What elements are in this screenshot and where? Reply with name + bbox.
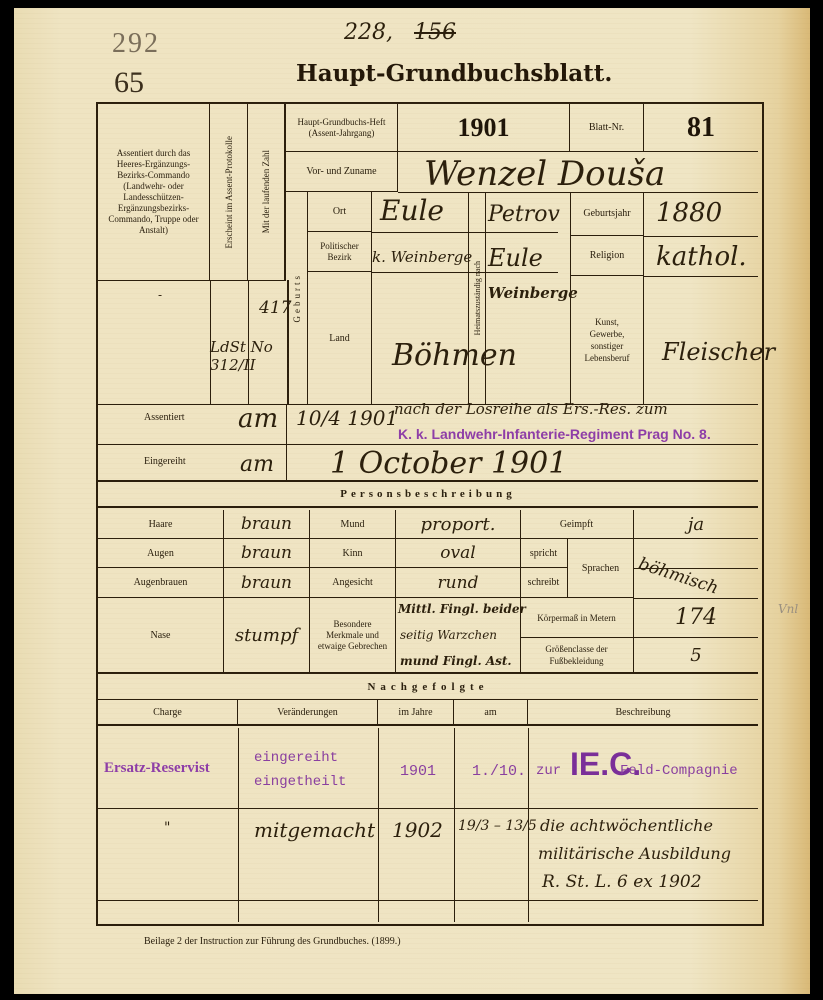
- heft-value: 1901: [398, 104, 570, 152]
- augenbrauen-value: braun: [224, 568, 310, 598]
- ort-geburt-value: Eule: [380, 194, 444, 227]
- row1-veraenderung-1: eingereiht: [254, 750, 338, 766]
- divider: [634, 568, 758, 569]
- kinn-label: Kinn: [310, 539, 396, 568]
- bezirk-label: Politischer Bezirk: [308, 232, 372, 272]
- row1-beschreibung-prefix: zur: [536, 763, 561, 779]
- geimpft-value: ja: [634, 510, 758, 539]
- beruf-value: Fleischer: [662, 338, 775, 366]
- divider: [644, 276, 758, 277]
- assentiert-durch-value-cell: -: [98, 280, 211, 404]
- divider: [378, 728, 379, 922]
- blatt-value: 81: [644, 104, 758, 152]
- ort-heimat-value: Petrov: [488, 202, 560, 227]
- laufende-zahl-label-cell: Mit der laufenden Zahl: [248, 104, 286, 280]
- augenbrauen-label: Augenbrauen: [98, 568, 224, 598]
- mund-value: proport.: [396, 510, 520, 539]
- divider: [98, 808, 758, 809]
- assentiert-am: am: [238, 404, 278, 434]
- bezirk-heimat-value-2: Weinberge: [488, 284, 578, 302]
- row2-charge: ": [164, 820, 170, 836]
- geburts-label-cell: Geburts: [286, 192, 308, 404]
- column-header-beschreibung: Beschreibung: [528, 700, 758, 726]
- row2-veraenderung: mitgemacht: [254, 818, 375, 842]
- name-value: Wenzel Douša: [424, 154, 665, 194]
- merkmale-value-1: Mittl. Fingl. beider: [398, 602, 526, 616]
- eingereiht-label: Eingereiht: [144, 456, 186, 467]
- merkmale-value-2: seitig Warzchen: [400, 628, 497, 642]
- bezirk-geburt-value: k. Weinberge: [372, 248, 472, 266]
- religion-label: Religion: [570, 236, 644, 276]
- kinn-value: oval: [396, 539, 520, 568]
- row1-veraenderung-2: eingetheilt: [254, 774, 346, 790]
- column-header-am: am: [454, 700, 528, 726]
- divider: [286, 404, 287, 480]
- augen-label: Augen: [98, 539, 224, 568]
- document-page: 292 65 228, 156 Haupt-Grundbuchsblatt. A…: [14, 8, 810, 994]
- schreibt-label: schreibt: [520, 568, 568, 598]
- land-value: Böhmen: [392, 338, 517, 373]
- laufende-zahl-label: Mit der laufenden Zahl: [261, 150, 271, 233]
- row1-beschreibung: Feld-Compagnie: [620, 763, 738, 779]
- column-header-charge: Charge: [98, 700, 238, 726]
- row1-charge: Ersatz-Reservist: [104, 760, 210, 777]
- assentiert-durch-label: Assentiert durch das Heeres-Ergänzungs-B…: [98, 104, 210, 280]
- groessenclasse-label: Größenclasse der Fußbekleidung: [520, 638, 634, 672]
- margin-note: Vnl: [778, 602, 798, 616]
- divider: [644, 236, 758, 237]
- merkmale-label: Besondere Merkmale und etwaige Gebrechen: [310, 598, 396, 672]
- spricht-label: spricht: [520, 539, 568, 568]
- crossed-reference: 156: [414, 20, 456, 45]
- nase-label: Nase: [98, 598, 224, 672]
- nachgefolgte-title: Nachgefolgte: [98, 674, 758, 700]
- assentiert-date: 10/4 1901: [296, 406, 398, 430]
- regiment-stamp: K. k. Landwehr-Infanterie-Regiment Prag …: [398, 426, 711, 442]
- eingereiht-am: am: [240, 452, 274, 477]
- geburtsjahr-value: 1880: [656, 198, 722, 228]
- heft-label: Haupt-Grundbuchs-Heft (Assent-Jahrgang): [286, 104, 398, 152]
- row2-jahr: 1902: [392, 818, 443, 842]
- row2-am: 19/3 – 13/5: [458, 818, 537, 834]
- blatt-label: Blatt-Nr.: [570, 104, 644, 152]
- geburtsjahr-label: Geburtsjahr: [570, 192, 644, 236]
- land-label: Land: [308, 272, 372, 404]
- row2-beschreibung-3: R. St. L. 6 ex 1902: [542, 872, 702, 892]
- assentiert-durch-value: -: [158, 288, 162, 302]
- koerpermass-value: 174: [634, 598, 758, 638]
- column-header-veraenderungen: Veränderungen: [238, 700, 378, 726]
- angesicht-value: rund: [396, 568, 520, 598]
- beruf-label: Kunst, Gewerbe, sonstiger Lebensberuf: [570, 276, 644, 404]
- footer-instruction: Beilage 2 der Instruction zur Führung de…: [144, 936, 401, 947]
- groessenclasse-value: 5: [634, 638, 758, 672]
- assentiert-note: nach der Losreihe als Ers.-Res. zum: [394, 400, 668, 418]
- erscheint-label: Erscheint im Assent-Protokolle: [224, 136, 234, 249]
- row1-am: 1./10.: [472, 763, 526, 780]
- name-label: Vor- und Zuname: [286, 152, 398, 192]
- erscheint-label-cell: Erscheint im Assent-Protokolle: [210, 104, 248, 280]
- divider: [238, 728, 239, 922]
- mund-label: Mund: [310, 510, 396, 539]
- divider: [98, 900, 758, 901]
- angesicht-label: Angesicht: [310, 568, 396, 598]
- nase-value: stumpf: [224, 598, 310, 672]
- heimat-label: Heimatszuständig nach: [473, 261, 482, 335]
- divider: [372, 232, 558, 233]
- row2-beschreibung-1: die achtwöchentliche: [540, 816, 713, 835]
- koerpermass-label: Körpermaß in Metern: [520, 598, 634, 638]
- haare-value: braun: [224, 510, 310, 539]
- handwritten-reference: 228,: [344, 20, 393, 45]
- page-title: Haupt-Grundbuchsblatt.: [296, 60, 612, 87]
- assentiert-label: Assentiert: [144, 412, 185, 423]
- geburts-label: Geburts: [292, 273, 302, 323]
- religion-value: kathol.: [656, 242, 747, 272]
- geimpft-label: Geimpft: [520, 510, 634, 539]
- merkmale-value-3: mund Fingl. Ast.: [400, 654, 512, 668]
- augen-value: braun: [224, 539, 310, 568]
- haare-label: Haare: [98, 510, 224, 539]
- divider: [454, 728, 455, 922]
- archive-number-top: 292: [112, 28, 160, 60]
- personsbeschreibung-title: Personsbeschreibung: [98, 482, 758, 508]
- column-header-jahr: im Jahre: [378, 700, 454, 726]
- bezirk-heimat-value: Eule: [488, 244, 543, 272]
- row1-jahr: 1901: [400, 763, 436, 780]
- ort-label: Ort: [308, 192, 372, 232]
- archive-number-bottom: 65: [114, 66, 144, 100]
- row2-beschreibung-2: militärische Ausbildung: [538, 844, 731, 863]
- divider: [372, 272, 558, 273]
- sprachen-label: Sprachen: [568, 539, 634, 598]
- heimat-label-cell: Heimatszuständig nach: [468, 192, 486, 404]
- eingereiht-date: 1 October 1901: [330, 446, 567, 481]
- divider: [98, 444, 758, 445]
- laufende-zahl-cell: [248, 280, 289, 404]
